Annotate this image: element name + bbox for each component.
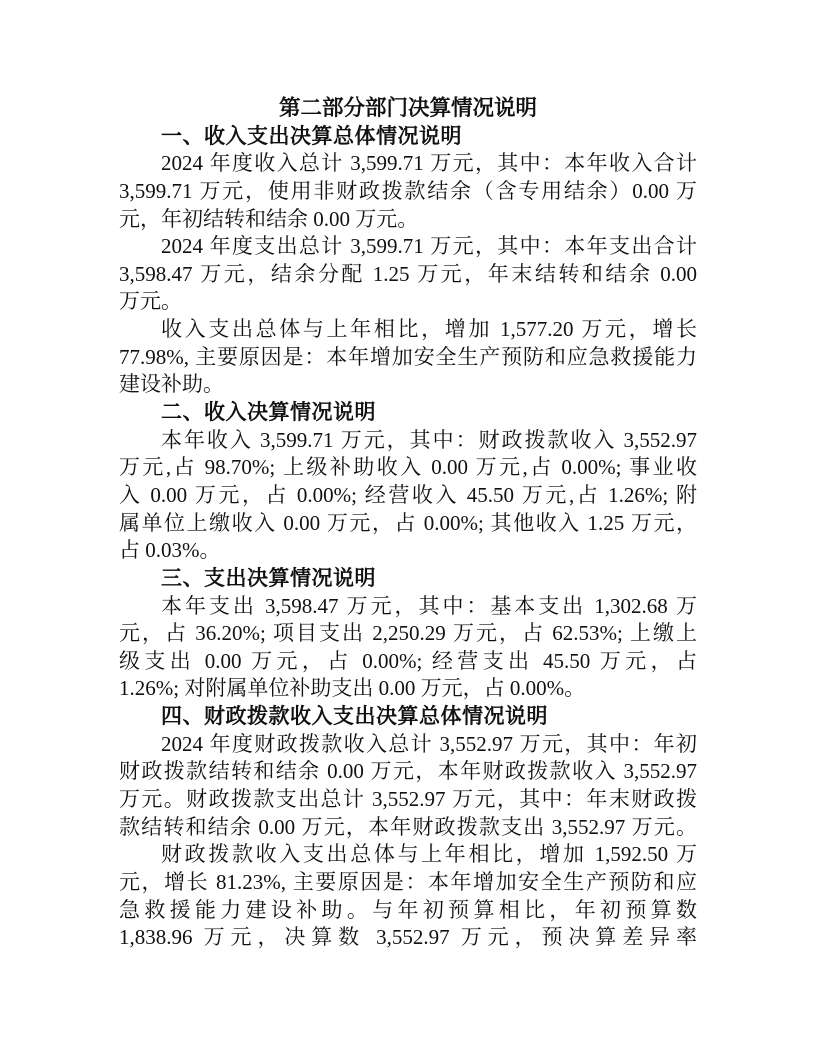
text-line: 元，占 36.20%; 项目支出 2,250.29 万元，占 62.53%; 上… [119,620,697,648]
text-line: 万元,占 98.70%; 上级补助收入 0.00 万元,占 0.00%; 事业收 [119,454,697,482]
text-line: 万元。财政拨款支出总计 3,552.97 万元，其中：年末财政拨 [119,786,697,814]
section-1-heading: 一、收入支出决算总体情况说明 [119,123,697,151]
document-content: 第二部分部门决算情况说明 一、收入支出决算总体情况说明 2024 年度收入总计 … [119,95,697,952]
text-line: 级支出 0.00 万元，占 0.00%; 经营支出 45.50 万元，占 [119,648,697,676]
text-line: 财政拨款收入支出总体与上年相比，增加 1,592.50 万 [119,841,697,869]
text-line: 元，年初结转和结余 0.00 万元。 [119,206,697,234]
text-line: 2024 年度财政拨款收入总计 3,552.97 万元，其中：年初 [119,731,697,759]
section-3-heading: 三、支出决算情况说明 [119,565,697,593]
text-line: 2024 年度收入总计 3,599.71 万元，其中：本年收入合计 [119,150,697,178]
text-line: 本年支出 3,598.47 万元，其中：基本支出 1,302.68 万 [119,593,697,621]
text-line: 财政拨款结转和结余 0.00 万元，本年财政拨款收入 3,552.97 [119,758,697,786]
text-line: 属单位上缴收入 0.00 万元，占 0.00%; 其他收入 1.25 万元， [119,510,697,538]
text-line: 1,838.96 万元，决算数 3,552.97 万元，预决算差异率 [119,924,697,952]
text-line: 款结转和结余 0.00 万元，本年财政拨款支出 3,552.97 万元。 [119,814,697,842]
document-title: 第二部分部门决算情况说明 [119,95,697,123]
text-line: 收入支出总体与上年相比，增加 1,577.20 万元，增长 [119,316,697,344]
text-line: 2024 年度支出总计 3,599.71 万元，其中：本年支出合计 [119,233,697,261]
text-line: 本年收入 3,599.71 万元，其中：财政拨款收入 3,552.97 [119,427,697,455]
text-line: 元，增长 81.23%, 主要原因是：本年增加安全生产预防和应 [119,869,697,897]
text-line: 占 0.03%。 [119,537,697,565]
section-4-heading: 四、财政拨款收入支出决算总体情况说明 [119,703,697,731]
text-line: 77.98%, 主要原因是：本年增加安全生产预防和应急救援能力 [119,344,697,372]
text-line: 3,598.47 万元，结余分配 1.25 万元，年末结转和结余 0.00 [119,261,697,289]
text-line: 万元。 [119,288,697,316]
section-2-heading: 二、收入决算情况说明 [119,399,697,427]
text-line: 3,599.71 万元，使用非财政拨款结余（含专用结余）0.00 万 [119,178,697,206]
text-line: 入 0.00 万元，占 0.00%; 经营收入 45.50 万元,占 1.26%… [119,482,697,510]
text-line: 建设补助。 [119,371,697,399]
text-line: 急救援能力建设补助。与年初预算相比，年初预算数 [119,897,697,925]
text-line: 1.26%; 对附属单位补助支出 0.00 万元，占 0.00%。 [119,675,697,703]
document-page: 第二部分部门决算情况说明 一、收入支出决算总体情况说明 2024 年度收入总计 … [0,0,816,1056]
